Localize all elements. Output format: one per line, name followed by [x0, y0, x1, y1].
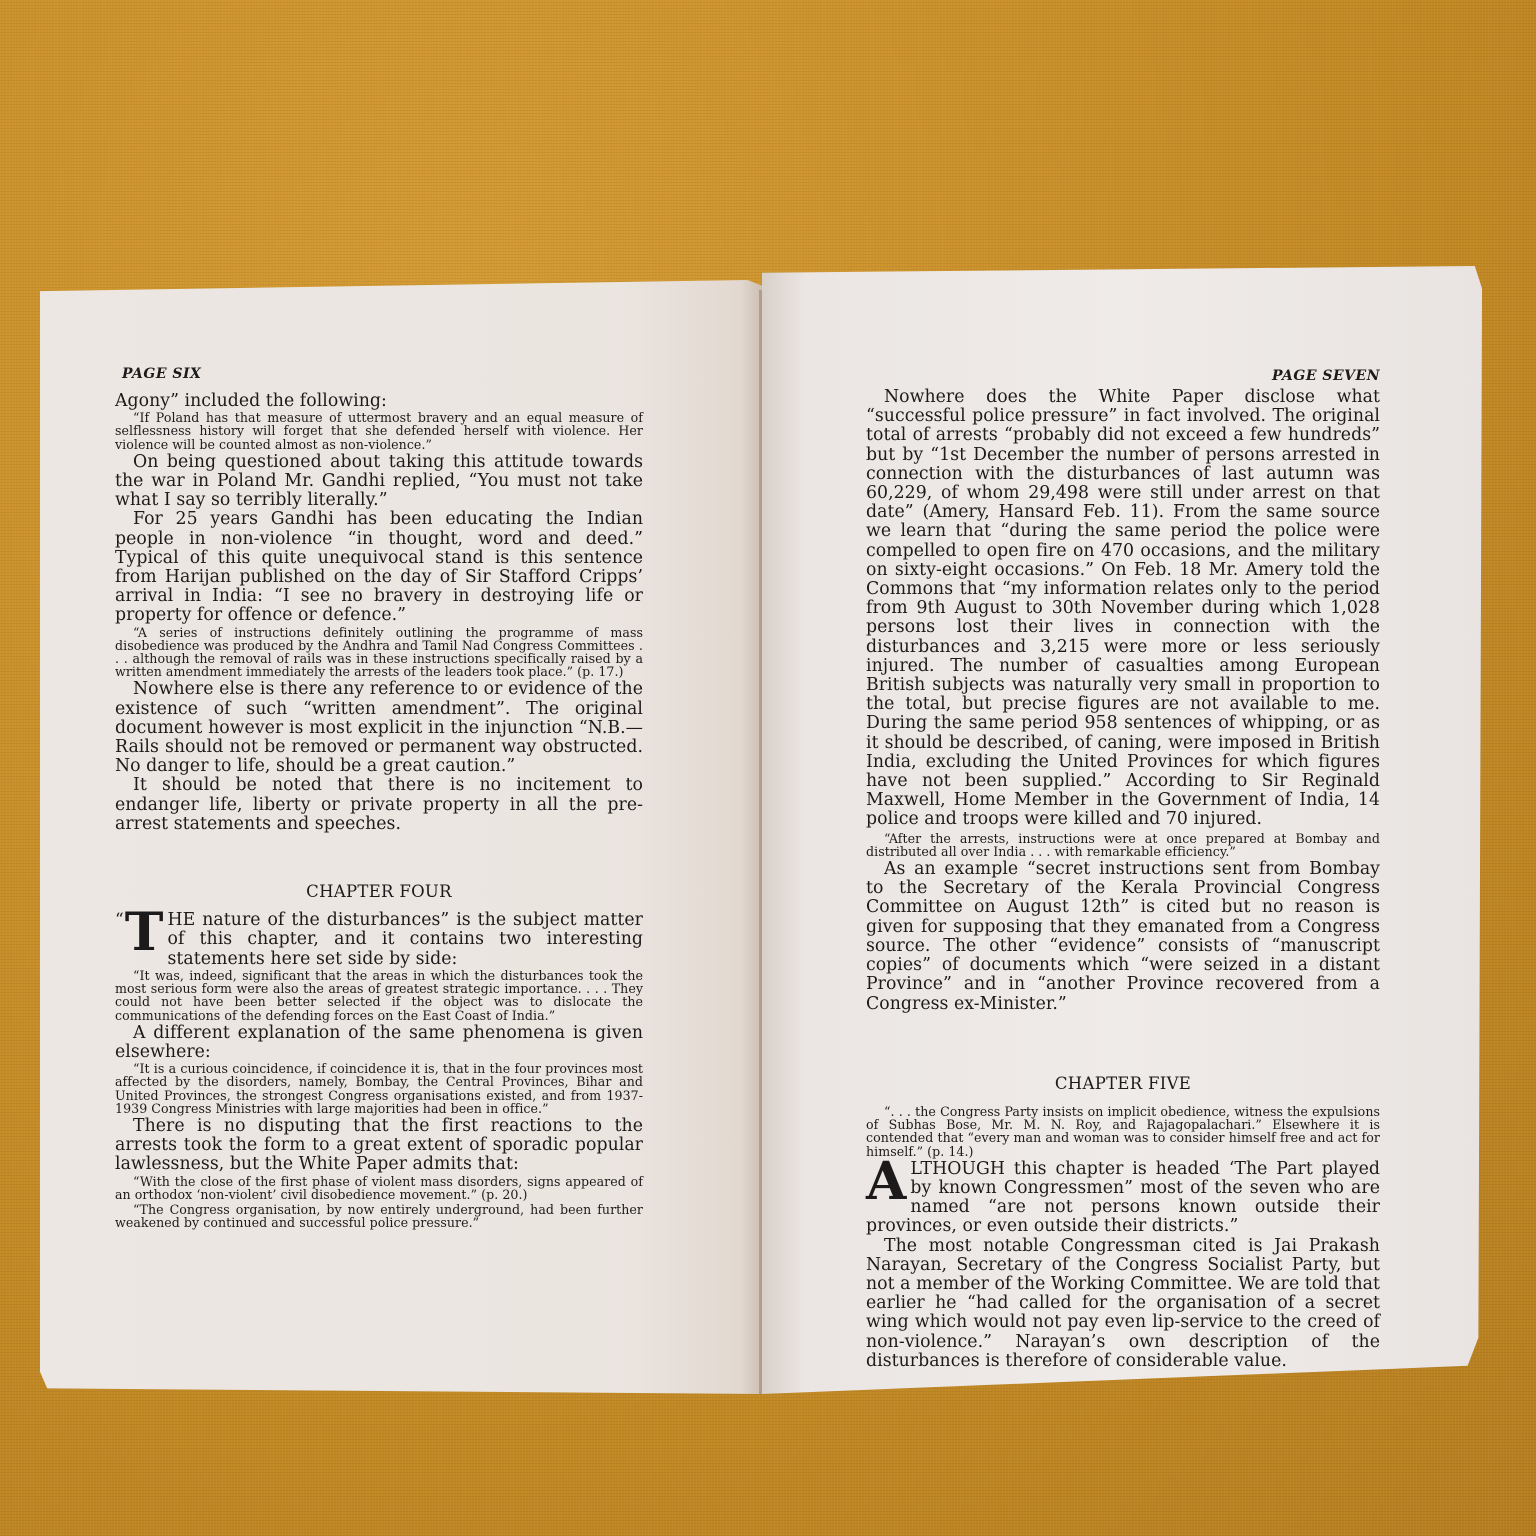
drop-cap: A: [866, 1162, 906, 1202]
left-page: PAGE SIX Agony” included the following: …: [40, 280, 762, 1394]
paragraph: On being questioned about taking this at…: [115, 453, 643, 511]
running-head-right: PAGE SEVEN: [1272, 368, 1380, 384]
running-head-left: PAGE SIX: [122, 366, 201, 382]
chapter-heading: CHAPTER FIVE: [866, 1074, 1380, 1093]
block-quote: “. . . the Congress Party insists on imp…: [866, 1105, 1380, 1158]
paragraph: As an example “secret instructions sent …: [866, 860, 1380, 1014]
opening-quote-mark: “: [115, 911, 124, 930]
paragraph-text: LTHOUGH this chapter is headed ‘The Part…: [866, 1159, 1380, 1237]
drop-cap: T: [125, 913, 164, 953]
block-quote: “After the arrests, instructions were at…: [866, 832, 1380, 858]
left-text-column: Agony” included the following: “If Polan…: [115, 392, 643, 1229]
block-quote: “The Congress organisation, by now entir…: [115, 1203, 643, 1229]
right-page: PAGE SEVEN Nowhere does the White Paper …: [762, 266, 1482, 1394]
block-quote: “With the close of the first phase of vi…: [115, 1175, 643, 1201]
paragraph: Nowhere else is there any reference to o…: [115, 680, 643, 776]
right-text-column: Nowhere does the White Paper disclose wh…: [866, 388, 1380, 1371]
paragraph: The most notable Congressman cited is Ja…: [866, 1237, 1380, 1371]
paragraph-text: HE nature of the disturbances” is the su…: [168, 910, 644, 968]
block-quote: “If Poland has that measure of uttermost…: [115, 411, 643, 451]
chapter-opening-paragraph: ALTHOUGH this chapter is headed ‘The Par…: [866, 1160, 1380, 1237]
block-quote: “It was, indeed, significant that the ar…: [115, 969, 643, 1022]
chapter-opening-paragraph: “THE nature of the disturbances” is the …: [115, 911, 643, 969]
paragraph: It should be noted that there is no inci…: [115, 776, 643, 834]
block-quote: “A series of instructions definitely out…: [115, 626, 643, 679]
paragraph: For 25 years Gandhi has been educating t…: [115, 510, 643, 625]
chapter-heading: CHAPTER FOUR: [115, 882, 643, 901]
paragraph: Agony” included the following:: [115, 392, 643, 411]
block-quote: “It is a curious coincidence, if coincid…: [115, 1062, 643, 1115]
paragraph: Nowhere does the White Paper disclose wh…: [866, 388, 1380, 830]
paragraph: A different explanation of the same phen…: [115, 1024, 643, 1062]
paragraph: There is no disputing that the first rea…: [115, 1117, 643, 1175]
